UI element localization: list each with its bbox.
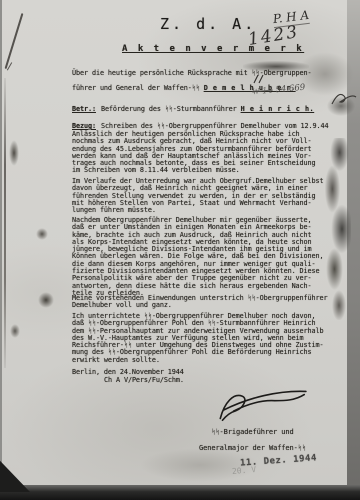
memo-title: A k t e n v e r m e r k [122,44,304,55]
ink-stain [36,228,48,240]
ink-stain [10,324,20,338]
signer-rank-line2: Generalmajor der Waffen-ᛋᛋ [185,444,320,452]
filing-mark: Z. d. A. [160,16,256,32]
ink-stain [9,140,19,166]
handwritten-quote-mark [252,74,266,84]
handwritten-scribble [330,88,358,110]
paragraph-3: Nachdem Obergruppenführer Demelhuber mir… [72,217,360,297]
reference-code-line: Ch A V/Pers/Fu/Schm. [104,377,184,384]
photo-edge-bottom [0,485,360,500]
crossed-out-mark: ₩-14 [252,86,274,98]
paragraph-4: Meine vorstehenden Einwendungen unterstr… [72,295,360,310]
paragraph-5: Ich unterrichtete ᛋᛋ-Obergruppenführer D… [72,313,360,364]
signer-rank-line1: ᛋᛋ-Brigadeführer und [185,428,320,436]
ink-stain [38,292,54,308]
bezug-line: Bezug:Schreiben des ᛋᛋ-Obergruppenführer… [72,122,360,130]
paper-fold-line [4,78,6,368]
paragraph-1: Anlässlich der heutigen persönlichen Rüc… [72,131,360,175]
subject-line-1: Über die heutige persönliche Rücksprache… [72,70,357,77]
betreff-name: H e i n r i c h. [241,105,314,113]
document-photo: Z. d. A. P. H A 1423 A k t e n v e r m e… [0,0,360,500]
paragraph-2: Im Verlaufe der Unterredung war auch Obe… [72,178,360,214]
betreff-line: Betr.:Beförderung des ᛋᛋ-Sturmbannführer… [72,105,360,113]
subject-line: Über die heutige persönliche Rücksprache… [72,63,357,99]
subject-line-2: führer und General der Waffen-ᛋᛋ D e m e… [72,85,357,92]
